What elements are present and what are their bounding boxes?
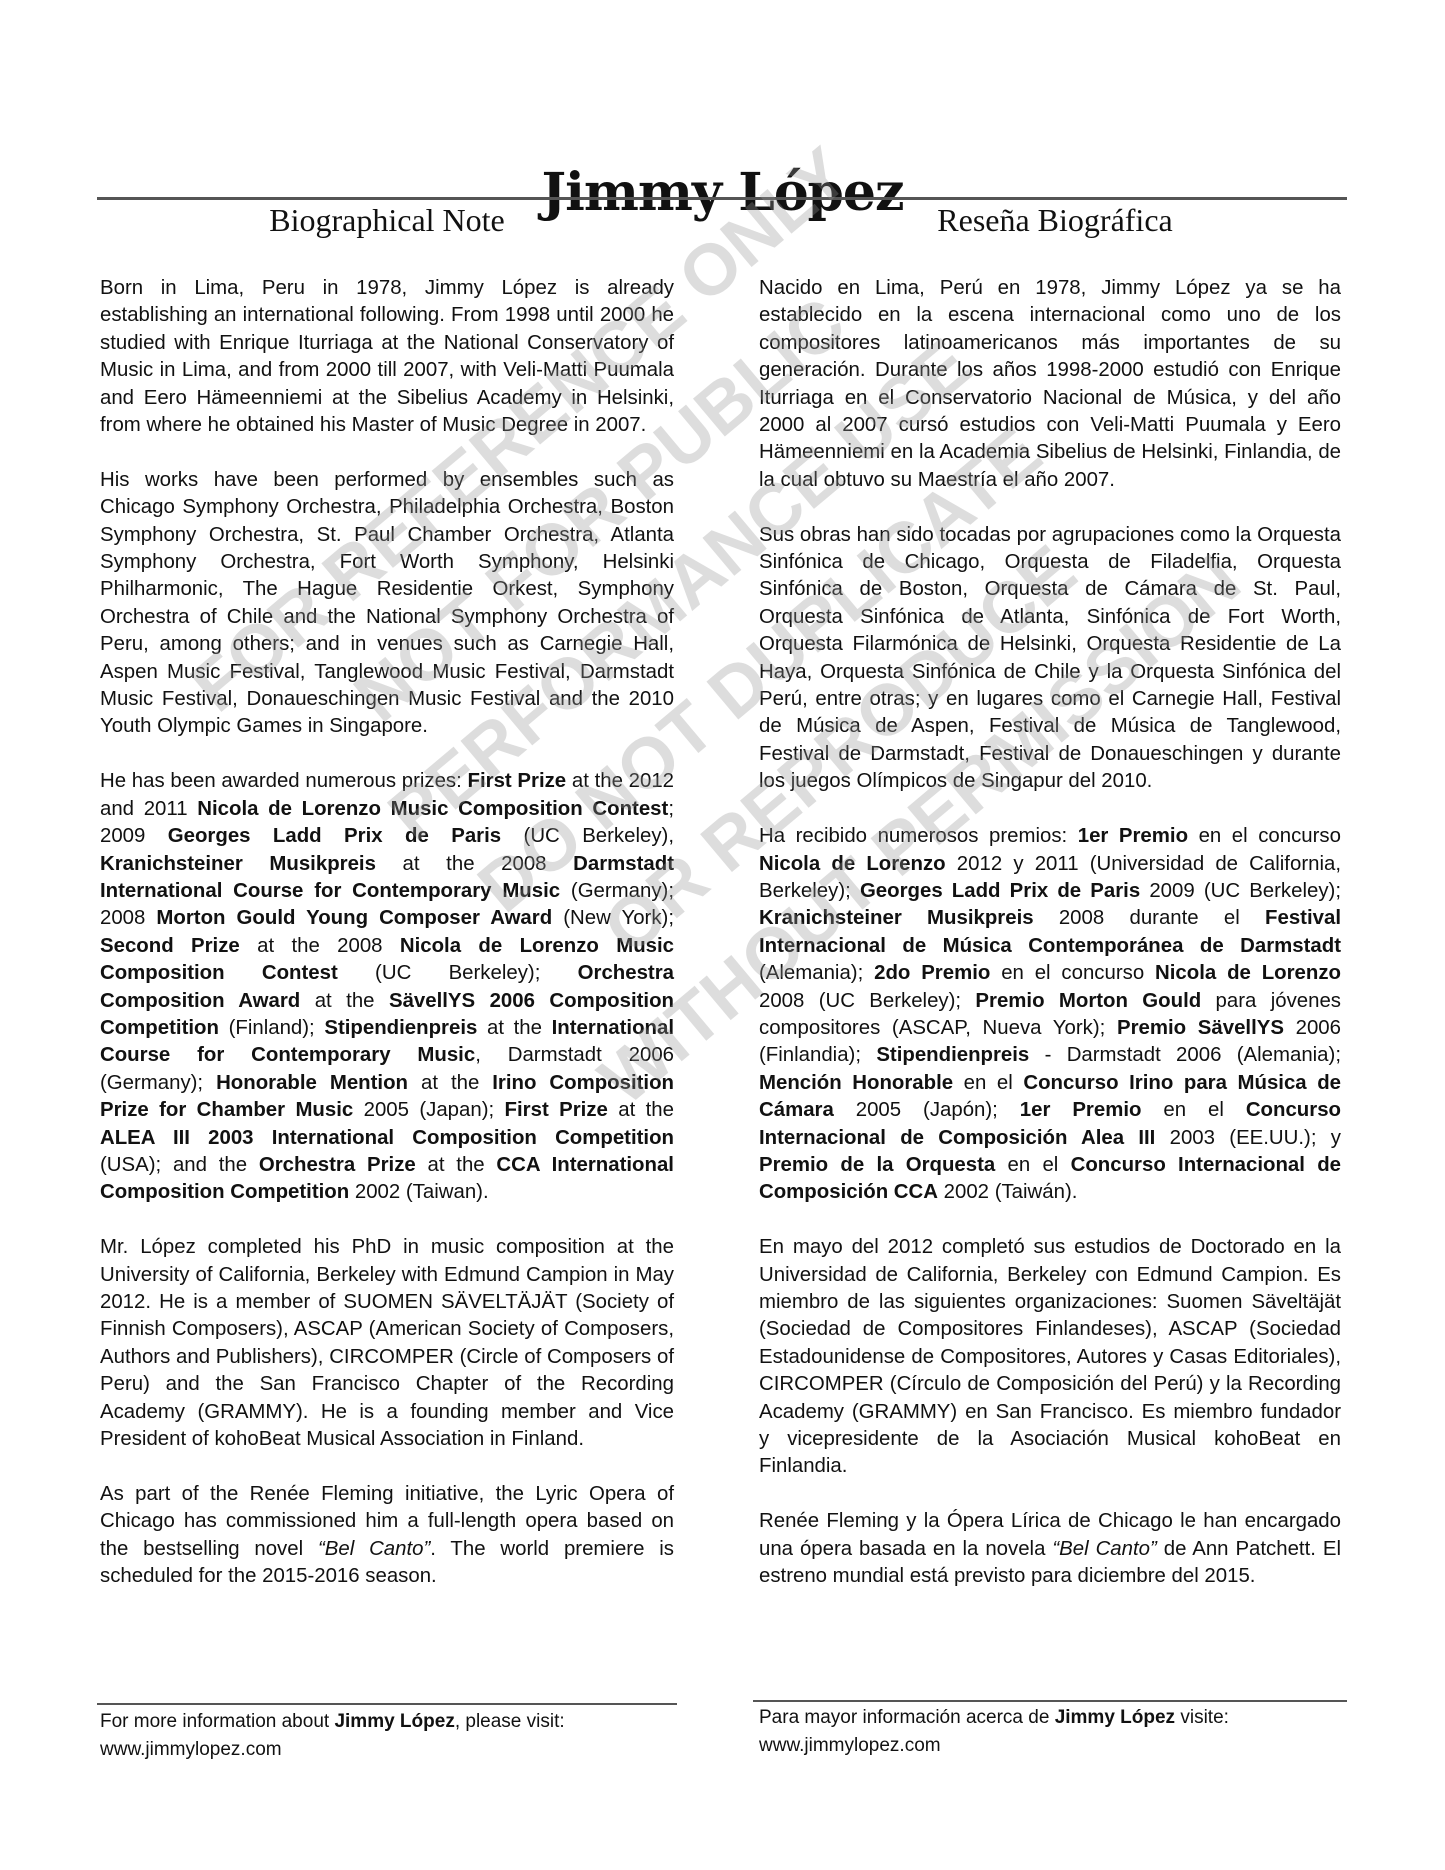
body-text: (UC Berkeley); [338,962,578,984]
body-text: en el [995,1154,1070,1176]
spanish-footer-prefix: Para mayor información acerca de [759,1707,1055,1728]
spanish-paragraph-2: Sus obras han sido tocadas por agrupacio… [759,522,1341,796]
spanish-paragraph-4: En mayo del 2012 completó sus estudios d… [759,1234,1341,1481]
body-text: Mr. López completed his PhD in music com… [100,1236,674,1450]
body-text: (UC Berkeley), [501,825,674,847]
body-text: Born in Lima, Peru in 1978, Jimmy López … [100,277,674,436]
english-footer-name: Jimmy López [334,1711,454,1732]
body-text: Ha recibido numerosos premios: [759,825,1078,847]
body-text: (USA); and the [100,1154,259,1176]
body-text: 2005 (Japan); [353,1099,504,1121]
italic-text: “Bel Canto” [318,1538,430,1560]
body-text: Sus obras han sido tocadas por agrupacio… [759,524,1341,793]
bold-text: Stipendienpreis [324,1017,477,1039]
bold-text: Nicola de Lorenzo [1155,962,1341,984]
english-paragraph-2: His works have been performed by ensembl… [100,467,674,741]
bold-text: Nicola de Lorenzo [759,853,946,875]
body-text: He has been awarded numerous prizes: [100,770,468,792]
body-text: Nacido en Lima, Perú en 1978, Jimmy Lópe… [759,277,1341,491]
body-text: en el concurso [1188,825,1341,847]
body-text: at the [300,990,389,1012]
bold-text: Nicola de Lorenzo Music Composition Cont… [197,798,668,820]
body-text: at the 2008 [376,853,573,875]
body-text: (New York); [552,907,674,929]
bold-text: Premio de la Orquesta [759,1154,995,1176]
spanish-footer-divider [753,1700,1347,1702]
spanish-footer-suffix: visite: [1175,1707,1229,1728]
spanish-paragraph-1: Nacido en Lima, Perú en 1978, Jimmy Lópe… [759,275,1341,494]
body-text: (Finland); [219,1017,324,1039]
spanish-paragraph-3: Ha recibido numerosos premios: 1er Premi… [759,823,1341,1207]
body-text: at the [416,1154,497,1176]
bold-text: Stipendienpreis [876,1044,1029,1066]
body-text: en el [953,1072,1023,1094]
body-text: en el [1141,1099,1245,1121]
english-footer-suffix: , please visit: [455,1711,565,1732]
bold-text: 1er Premio [1078,825,1188,847]
body-text: 2002 (Taiwán). [938,1181,1077,1203]
body-text: His works have been performed by ensembl… [100,469,674,738]
body-text: at the [608,1099,674,1121]
english-paragraph-3: He has been awarded numerous prizes: Fir… [100,768,674,1207]
english-footer-line: For more information about Jimmy López, … [100,1708,680,1736]
body-text: 2002 (Taiwan). [349,1181,488,1203]
body-text: at the [408,1072,492,1094]
body-text: 2008 (UC Berkeley); [759,990,975,1012]
english-heading: Biographical Note [97,200,677,240]
body-text: at the 2008 [240,935,400,957]
english-website-link[interactable]: www.jimmylopez.com [100,1739,282,1760]
spanish-footer-line: Para mayor información acerca de Jimmy L… [759,1704,1349,1732]
bold-text: Mención Honorable [759,1072,953,1094]
body-text: - Darmstadt 2006 (Alemania); [1029,1044,1341,1066]
bold-text: Second Prize [100,935,240,957]
spanish-footer-name: Jimmy López [1055,1707,1175,1728]
spanish-paragraph-5: Renée Fleming y la Ópera Lírica de Chica… [759,1508,1341,1590]
english-paragraph-4: Mr. López completed his PhD in music com… [100,1234,674,1453]
body-text: 2008 durante el [1034,907,1265,929]
bold-text: ALEA III 2003 International Composition … [100,1127,674,1149]
bold-text: First Prize [468,770,567,792]
bold-text: First Prize [505,1099,608,1121]
bold-text: Honorable Mention [216,1072,408,1094]
spanish-heading: Reseña Biográfica [760,200,1350,240]
bold-text: Premio Morton Gould [975,990,1201,1012]
italic-text: “Bel Canto” [1052,1538,1156,1560]
bold-text: Premio SävellYS [1117,1017,1284,1039]
body-text: (Alemania); [759,962,874,984]
spanish-website-link[interactable]: www.jimmylopez.com [759,1735,941,1756]
bold-text: Morton Gould Young Composer Award [156,907,552,929]
document-page: Jimmy López Biographical Note Reseña Bio… [0,0,1445,1870]
english-footer: For more information about Jimmy López, … [100,1708,680,1764]
body-text: 2003 (EE.UU.); y [1155,1127,1341,1149]
bold-text: Kranichsteiner Musikpreis [759,907,1034,929]
english-paragraph-5: As part of the Renée Fleming initiative,… [100,1481,674,1591]
english-footer-prefix: For more information about [100,1711,334,1732]
bold-text: Georges Ladd Prix de Paris [168,825,501,847]
bold-text: 1er Premio [1020,1099,1142,1121]
body-text: at the [477,1017,551,1039]
bold-text: Kranichsteiner Musikpreis [100,853,376,875]
english-footer-divider [97,1703,677,1705]
bold-text: Georges Ladd Prix de Paris [860,880,1140,902]
body-text: En mayo del 2012 completó sus estudios d… [759,1236,1341,1477]
body-text: 2005 (Japón); [834,1099,1020,1121]
body-text: 2009 (UC Berkeley); [1140,880,1341,902]
english-column: Born in Lima, Peru in 1978, Jimmy López … [100,275,674,1618]
bold-text: 2do Premio [874,962,990,984]
spanish-column: Nacido en Lima, Perú en 1978, Jimmy Lópe… [759,275,1341,1618]
spanish-footer: Para mayor información acerca de Jimmy L… [759,1704,1349,1760]
body-text: en el concurso [990,962,1155,984]
english-paragraph-1: Born in Lima, Peru in 1978, Jimmy López … [100,275,674,439]
bold-text: Orchestra Prize [259,1154,416,1176]
